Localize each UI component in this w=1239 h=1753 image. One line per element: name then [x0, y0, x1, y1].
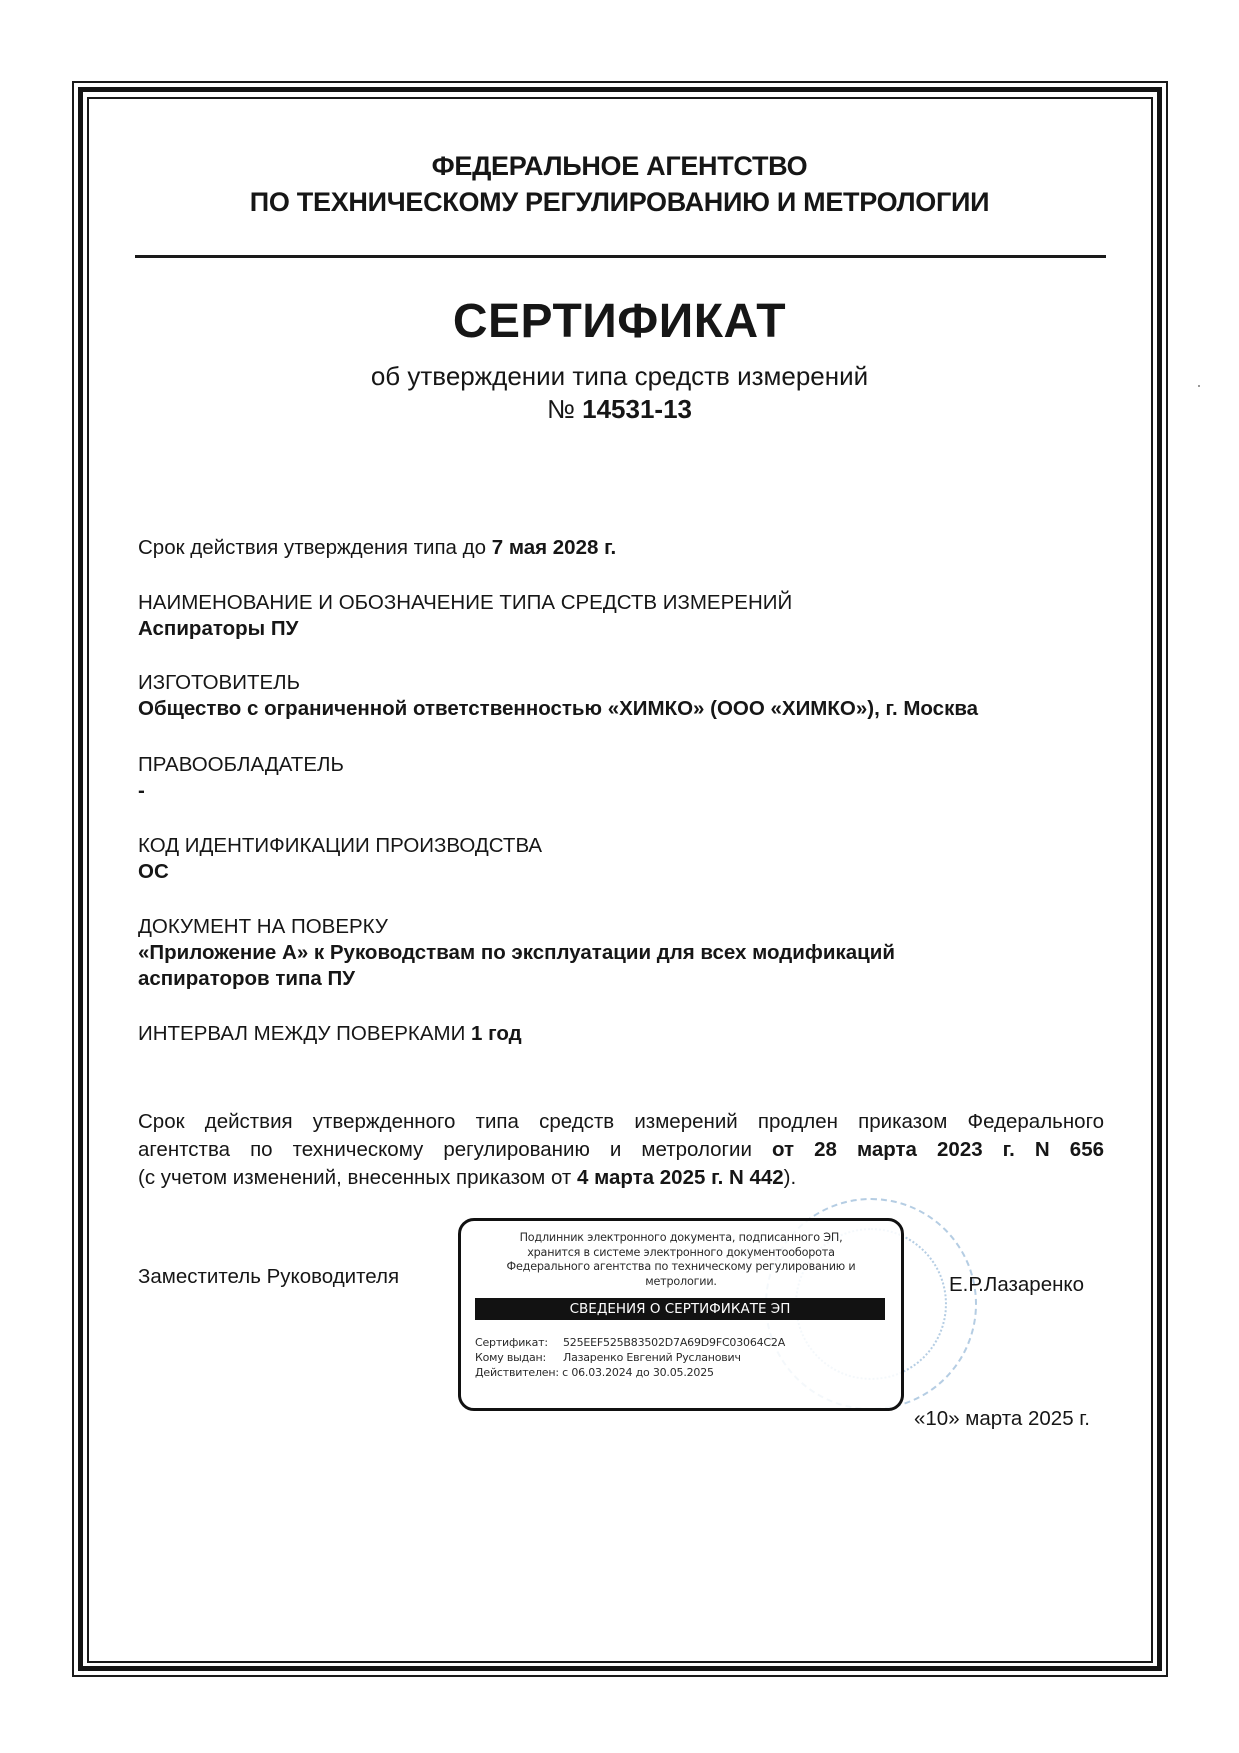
esig-note-line: Подлинник электронного документа, подпис…	[461, 1231, 901, 1246]
interval-value: 1 год	[471, 1022, 522, 1045]
extension-line2-text: агентства по техническому регулированию …	[138, 1138, 752, 1161]
esig-cert-value: 525EEF525B83502D7A69D9FC03064C2A	[563, 1336, 785, 1349]
field-production-code: КОД ИДЕНТИФИКАЦИИ ПРОИЗВОДСТВА ОС	[138, 833, 1108, 885]
extension-order-ref: от 28 марта 2023 г. N 656	[772, 1138, 1104, 1161]
agency-name-line1: ФЕДЕРАЛЬНОЕ АГЕНТСТВО	[0, 148, 1239, 185]
field-type-name: НАИМЕНОВАНИЕ И ОБОЗНАЧЕНИЕ ТИПА СРЕДСТВ …	[138, 590, 1108, 642]
field-label: НАИМЕНОВАНИЕ И ОБОЗНАЧЕНИЕ ТИПА СРЕДСТВ …	[138, 590, 1108, 616]
extension-line3-end: ).	[784, 1166, 797, 1189]
scan-speck	[1198, 385, 1200, 387]
field-value: -	[138, 778, 1108, 804]
extension-paragraph: Срок действия утвержденного типа средств…	[138, 1108, 1104, 1192]
agency-name-line2: ПО ТЕХНИЧЕСКОМУ РЕГУЛИРОВАНИЮ И МЕТРОЛОГ…	[0, 184, 1239, 221]
extension-line3-text: (с учетом изменений, внесенных приказом …	[138, 1166, 571, 1189]
certificate-number-value: 14531-13	[582, 394, 692, 424]
field-verification-document: ДОКУМЕНТ НА ПОВЕРКУ «Приложение А» к Рук…	[138, 914, 1108, 992]
esig-issued-value: Лазаренко Евгений Русланович	[563, 1351, 741, 1364]
validity-line: Срок действия утверждения типа до 7 мая …	[138, 535, 1108, 561]
esig-cert-label: Сертификат:	[475, 1335, 563, 1350]
field-manufacturer: ИЗГОТОВИТЕЛЬ Общество с ограниченной отв…	[138, 670, 1108, 722]
validity-value: 7 мая 2028 г.	[492, 536, 617, 559]
esig-header: СВЕДЕНИЯ О СЕРТИФИКАТЕ ЭП	[475, 1298, 885, 1320]
extension-line2: агентства по техническому регулированию …	[138, 1136, 1104, 1164]
signer-name: Е.Р.Лазаренко	[949, 1272, 1084, 1298]
esig-cert-row: Сертификат:525EEF525B83502D7A69D9FC03064…	[475, 1335, 890, 1350]
extension-line3: (с учетом изменений, внесенных приказом …	[138, 1164, 1104, 1192]
esig-note-line: хранится в системе электронного документ…	[461, 1246, 901, 1261]
field-label: КОД ИДЕНТИФИКАЦИИ ПРОИЗВОДСТВА	[138, 833, 1108, 859]
field-label: ПРАВООБЛАДАТЕЛЬ	[138, 752, 1108, 778]
field-value: Аспираторы ПУ	[138, 616, 1108, 642]
certificate-subtitle: об утверждении типа средств измерений	[0, 360, 1239, 392]
esig-note-line: Федерального агентства по техническому р…	[461, 1260, 901, 1275]
certificate-number: № 14531-13	[0, 393, 1239, 425]
esig-issued-row: Кому выдан:Лазаренко Евгений Русланович	[475, 1350, 890, 1365]
interval-label: ИНТЕРВАЛ МЕЖДУ ПОВЕРКАМИ	[138, 1022, 465, 1045]
esig-valid-label: Действителен:	[475, 1366, 559, 1379]
verification-interval: ИНТЕРВАЛ МЕЖДУ ПОВЕРКАМИ 1 год	[138, 1021, 1108, 1047]
extension-line1: Срок действия утвержденного типа средств…	[138, 1108, 1104, 1136]
esig-note-line: метрологии.	[461, 1275, 901, 1290]
electronic-signature-stamp: Подлинник электронного документа, подпис…	[458, 1218, 904, 1411]
header-divider	[135, 255, 1106, 258]
field-value: Общество с ограниченной ответственностью…	[138, 696, 1108, 722]
esig-details: Сертификат:525EEF525B83502D7A69D9FC03064…	[475, 1335, 890, 1380]
esig-valid-row: Действителен: с 06.03.2024 до 30.05.2025	[475, 1365, 890, 1380]
field-value-line1: «Приложение А» к Руководствам по эксплуа…	[138, 940, 1108, 966]
field-value-line2: аспираторов типа ПУ	[138, 966, 1108, 992]
esig-note: Подлинник электронного документа, подпис…	[461, 1231, 901, 1289]
field-label: ДОКУМЕНТ НА ПОВЕРКУ	[138, 914, 1108, 940]
field-label: ИЗГОТОВИТЕЛЬ	[138, 670, 1108, 696]
number-sign: №	[547, 394, 575, 424]
field-rights-holder: ПРАВООБЛАДАТЕЛЬ -	[138, 752, 1108, 804]
validity-label: Срок действия утверждения типа до	[138, 536, 486, 559]
signature-date: «10» марта 2025 г.	[914, 1406, 1090, 1432]
amendment-order-ref: 4 марта 2025 г. N 442	[577, 1166, 784, 1189]
esig-issued-label: Кому выдан:	[475, 1350, 563, 1365]
certificate-title: СЕРТИФИКАТ	[0, 294, 1239, 350]
field-value: ОС	[138, 859, 1108, 885]
esig-valid-value: с 06.03.2024 до 30.05.2025	[562, 1366, 714, 1379]
signer-position: Заместитель Руководителя	[138, 1264, 399, 1290]
